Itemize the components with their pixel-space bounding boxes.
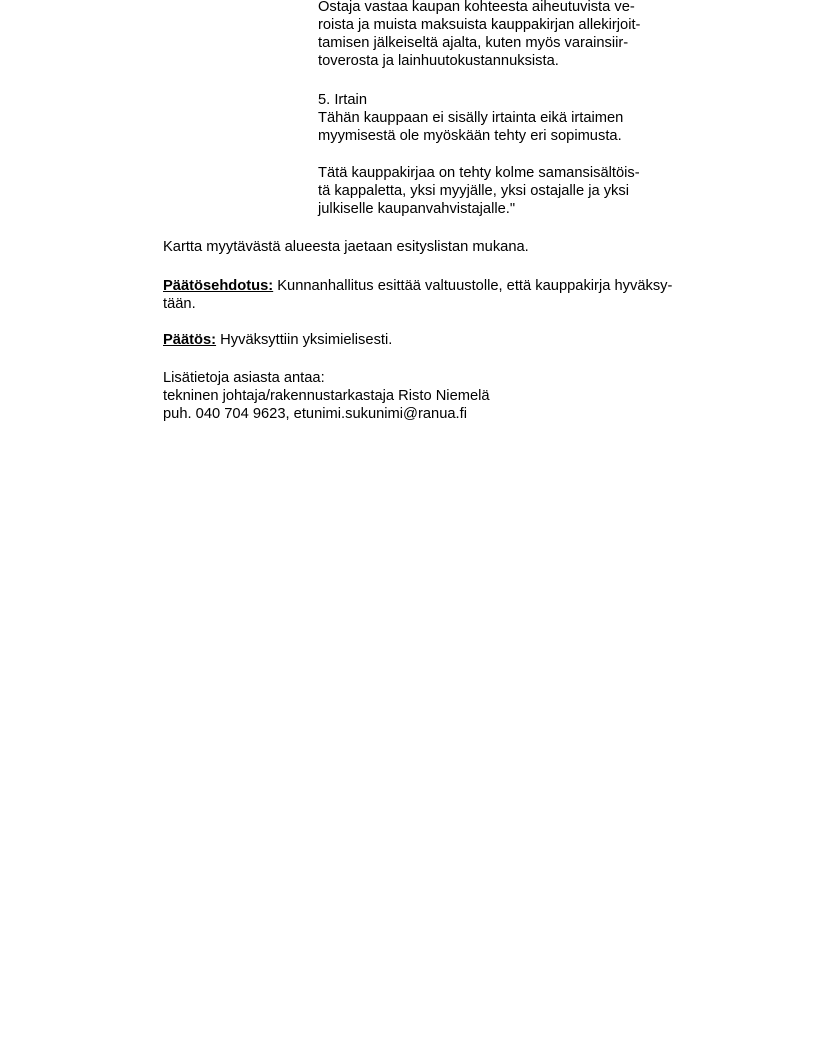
costs-paragraph-line: Ostaja vastaa kaupan kohteesta aiheutuvi… xyxy=(318,0,635,16)
section-heading: 5. Irtain xyxy=(318,91,367,109)
proposal-label: Päätösehdotus: xyxy=(163,278,273,294)
decision-text: Hyväksyttiin yksimielisesti. xyxy=(216,332,392,348)
copies-paragraph-line: julkiselle kaupanvahvistajalle." xyxy=(318,200,515,218)
costs-paragraph-line: tamisen jälkeiseltä ajalta, kuten myös v… xyxy=(318,34,628,52)
contact-intro: Lisätietoja asiasta antaa: xyxy=(163,369,325,387)
map-note: Kartta myytävästä alueesta jaetaan esity… xyxy=(163,238,529,256)
movables-paragraph-line: Tähän kauppaan ei sisälly irtainta eikä … xyxy=(318,109,623,127)
copies-paragraph-line: tä kappaletta, yksi myyjälle, yksi ostaj… xyxy=(318,182,629,200)
contact-details: puh. 040 704 9623, etunimi.sukunimi@ranu… xyxy=(163,405,467,423)
movables-paragraph-line: myymisestä ole myöskään tehty eri sopimu… xyxy=(318,127,622,145)
decision-label: Päätös: xyxy=(163,332,216,348)
contact-person: tekninen johtaja/rakennustarkastaja Rist… xyxy=(163,387,490,405)
costs-paragraph-line: roista ja muista maksuista kauppakirjan … xyxy=(318,16,640,34)
copies-paragraph-line: Tätä kauppakirjaa on tehty kolme samansi… xyxy=(318,164,640,182)
proposal-text: Kunnanhallitus esittää valtuustolle, ett… xyxy=(273,278,672,294)
decision-line: Päätös: Hyväksyttiin yksimielisesti. xyxy=(163,331,392,349)
proposal-line: Päätösehdotus: Kunnanhallitus esittää va… xyxy=(163,277,672,295)
costs-paragraph-line: toverosta ja lainhuutokustannuksista. xyxy=(318,52,559,70)
proposal-line-2: tään. xyxy=(163,295,196,313)
